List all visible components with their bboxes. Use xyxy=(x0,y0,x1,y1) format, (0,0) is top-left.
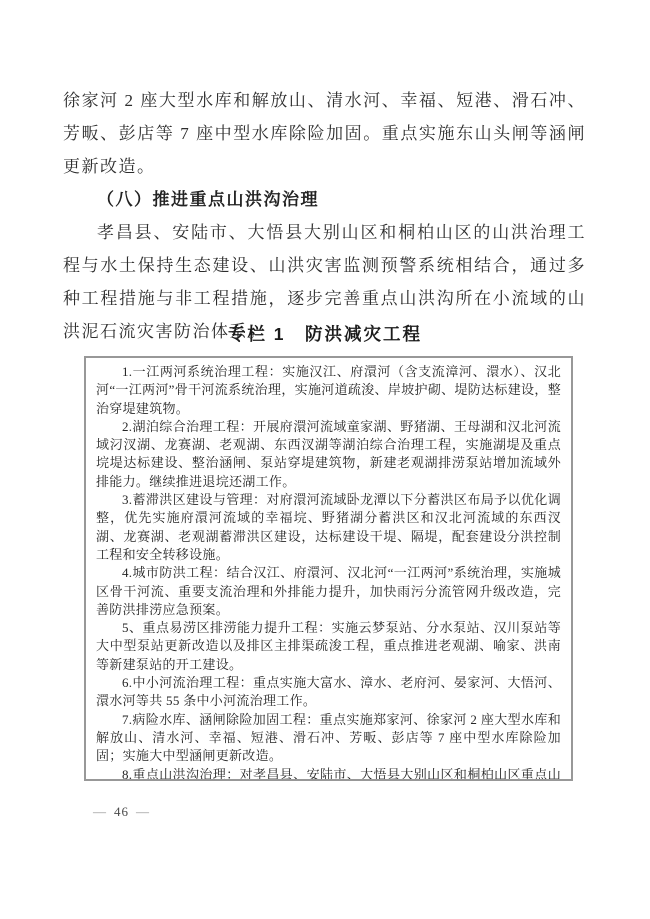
page-number-value: 46 xyxy=(114,804,129,819)
document-page: { "document": { "body": { "paragraph_con… xyxy=(0,0,650,919)
box-item-7: 7.病险水库、涵闸除险加固工程：重点实施郑家河、徐家河 2 座大型水库和解放山、… xyxy=(96,711,561,766)
body-text-block: 徐家河 2 座大型水库和解放山、清水河、幸福、短港、滑石冲、芳畈、彭店等 7 座… xyxy=(63,84,586,348)
box-item-4: 4.城市防洪工程：结合汉江、府澴河、汉北河“一江两河”系统治理，实施城区骨干河流… xyxy=(96,564,561,619)
box-item-5: 5、重点易涝区排涝能力提升工程：实施云梦泵站、分水泵站、汉川泵站等大中型泵站更新… xyxy=(96,619,561,674)
box-item-8: 8.重点山洪沟治理：对孝昌县、安陆市、大悟县大别山区和桐柏山区重点山洪沟实施防洪… xyxy=(96,766,561,781)
box-item-6: 6.中小河流治理工程：重点实施大富水、漳水、老府河、晏家河、大悟河、澴水河等共 … xyxy=(96,674,561,711)
box-item-2: 2.湖泊综合治理工程：开展府澴河流域童家湖、野猪湖、王母湖和汉北河流域汈汊湖、龙… xyxy=(96,418,561,491)
page-number-dash-right: — xyxy=(136,804,150,819)
column-box-title: 专栏 1 防洪减灾工程 xyxy=(0,321,650,346)
page-number-dash-left: — xyxy=(93,804,107,819)
page-number: —46— xyxy=(86,804,157,820)
box-item-3: 3.蓄滞洪区建设与管理：对府澴河流域卧龙潭以下分蓄洪区布局予以优化调整，优先实施… xyxy=(96,491,561,564)
section-heading: （八）推进重点山洪沟治理 xyxy=(63,183,586,216)
box-item-1: 1.一江两河系统治理工程：实施汉江、府澴河（含支流漳河、澴水）、汉北河“一江两河… xyxy=(96,363,561,418)
body-paragraph-continued: 徐家河 2 座大型水库和解放山、清水河、幸福、短港、滑石冲、芳畈、彭店等 7 座… xyxy=(63,84,586,183)
column-box: 1.一江两河系统治理工程：实施汉江、府澴河（含支流漳河、澴水）、汉北河“一江两河… xyxy=(84,356,573,781)
